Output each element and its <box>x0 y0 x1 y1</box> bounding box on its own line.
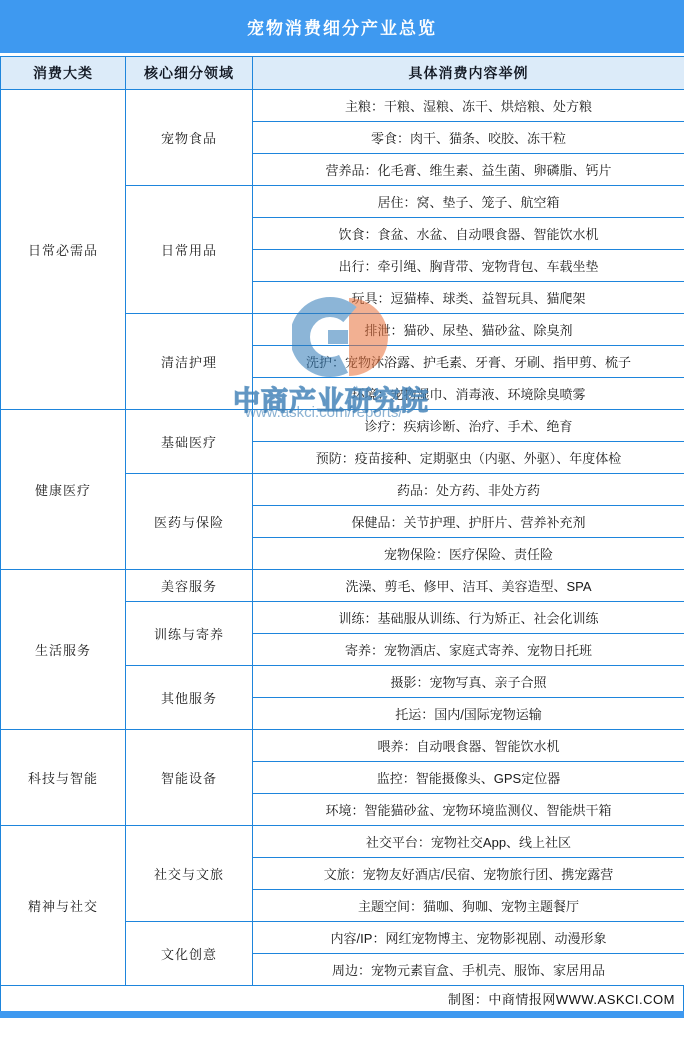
subdomain-cell: 训练与寄养 <box>126 602 253 666</box>
category-cell: 日常必需品 <box>1 90 126 410</box>
detail-cell: 环境：宠物湿巾、消毒液、环境除臭喷雾 <box>253 378 684 410</box>
detail-cell: 宠物保险：医疗保险、责任险 <box>253 538 684 570</box>
industry-table: 消费大类 核心细分领域 具体消费内容举例 日常必需品宠物食品主粮：干粮、湿粮、冻… <box>0 56 684 986</box>
detail-cell: 训练：基础服从训练、行为矫正、社会化训练 <box>253 602 684 634</box>
detail-cell: 居住：窝、垫子、笼子、航空箱 <box>253 186 684 218</box>
detail-cell: 营养品：化毛膏、维生素、益生菌、卵磷脂、钙片 <box>253 154 684 186</box>
table-row: 科技与智能智能设备喂养：自动喂食器、智能饮水机 <box>1 730 684 762</box>
table-row: 精神与社交社交与文旅社交平台：宠物社交App、线上社区 <box>1 826 684 858</box>
subdomain-cell: 宠物食品 <box>126 90 253 186</box>
category-cell: 生活服务 <box>1 570 126 730</box>
detail-cell: 零食：肉干、猫条、咬胶、冻干粒 <box>253 122 684 154</box>
credit-text: 制图：中商情报网WWW.ASKCI.COM <box>448 989 675 1008</box>
subdomain-cell: 社交与文旅 <box>126 826 253 922</box>
detail-cell: 周边：宠物元素盲盒、手机壳、服饰、家居用品 <box>253 954 684 986</box>
infographic-page: 宠物消费细分产业总览 消费大类 核心细分领域 具体消费内容举例 日常必需品宠物食… <box>0 0 684 1044</box>
detail-cell: 监控：智能摄像头、GPS定位器 <box>253 762 684 794</box>
subdomain-cell: 其他服务 <box>126 666 253 730</box>
subdomain-cell: 日常用品 <box>126 186 253 314</box>
detail-cell: 寄养：宠物酒店、家庭式寄养、宠物日托班 <box>253 634 684 666</box>
detail-cell: 摄影：宠物写真、亲子合照 <box>253 666 684 698</box>
detail-cell: 药品：处方药、非处方药 <box>253 474 684 506</box>
bottom-accent-strip <box>0 1011 684 1018</box>
subdomain-cell: 清洁护理 <box>126 314 253 410</box>
column-header-examples: 具体消费内容举例 <box>253 57 684 90</box>
category-cell: 科技与智能 <box>1 730 126 826</box>
detail-cell: 出行：牵引绳、胸背带、宠物背包、车载坐垫 <box>253 250 684 282</box>
detail-cell: 社交平台：宠物社交App、线上社区 <box>253 826 684 858</box>
column-header-category: 消费大类 <box>1 57 126 90</box>
detail-cell: 排泄：猫砂、尿垫、猫砂盆、除臭剂 <box>253 314 684 346</box>
detail-cell: 托运：国内/国际宠物运输 <box>253 698 684 730</box>
category-cell: 精神与社交 <box>1 826 126 986</box>
detail-cell: 洗护：宠物沐浴露、护毛素、牙膏、牙刷、指甲剪、梳子 <box>253 346 684 378</box>
table-body: 日常必需品宠物食品主粮：干粮、湿粮、冻干、烘焙粮、处方粮零食：肉干、猫条、咬胶、… <box>1 90 684 986</box>
detail-cell: 洗澡、剪毛、修甲、洁耳、美容造型、SPA <box>253 570 684 602</box>
detail-cell: 文旅：宠物友好酒店/民宿、宠物旅行团、携宠露营 <box>253 858 684 890</box>
footer-bar: 制图：中商情报网WWW.ASKCI.COM <box>0 986 684 1011</box>
detail-cell: 预防：疫苗接种、定期驱虫（内驱、外驱）、年度体检 <box>253 442 684 474</box>
detail-cell: 主题空间：猫咖、狗咖、宠物主题餐厅 <box>253 890 684 922</box>
title-bar: 宠物消费细分产业总览 <box>0 0 684 53</box>
table-row: 生活服务美容服务洗澡、剪毛、修甲、洁耳、美容造型、SPA <box>1 570 684 602</box>
detail-cell: 主粮：干粮、湿粮、冻干、烘焙粮、处方粮 <box>253 90 684 122</box>
table-header-row: 消费大类 核心细分领域 具体消费内容举例 <box>1 57 684 90</box>
table-row: 日常必需品宠物食品主粮：干粮、湿粮、冻干、烘焙粮、处方粮 <box>1 90 684 122</box>
detail-cell: 玩具：逗猫棒、球类、益智玩具、猫爬架 <box>253 282 684 314</box>
table-row: 健康医疗基础医疗诊疗：疾病诊断、治疗、手术、绝育 <box>1 410 684 442</box>
category-cell: 健康医疗 <box>1 410 126 570</box>
subdomain-cell: 文化创意 <box>126 922 253 986</box>
detail-cell: 饮食：食盆、水盆、自动喂食器、智能饮水机 <box>253 218 684 250</box>
detail-cell: 内容/IP：网红宠物博主、宠物影视剧、动漫形象 <box>253 922 684 954</box>
column-header-subdomain: 核心细分领域 <box>126 57 253 90</box>
subdomain-cell: 基础医疗 <box>126 410 253 474</box>
subdomain-cell: 智能设备 <box>126 730 253 826</box>
detail-cell: 诊疗：疾病诊断、治疗、手术、绝育 <box>253 410 684 442</box>
subdomain-cell: 美容服务 <box>126 570 253 602</box>
detail-cell: 环境：智能猫砂盆、宠物环境监测仪、智能烘干箱 <box>253 794 684 826</box>
detail-cell: 喂养：自动喂食器、智能饮水机 <box>253 730 684 762</box>
page-title: 宠物消费细分产业总览 <box>247 14 437 39</box>
detail-cell: 保健品：关节护理、护肝片、营养补充剂 <box>253 506 684 538</box>
subdomain-cell: 医药与保险 <box>126 474 253 570</box>
